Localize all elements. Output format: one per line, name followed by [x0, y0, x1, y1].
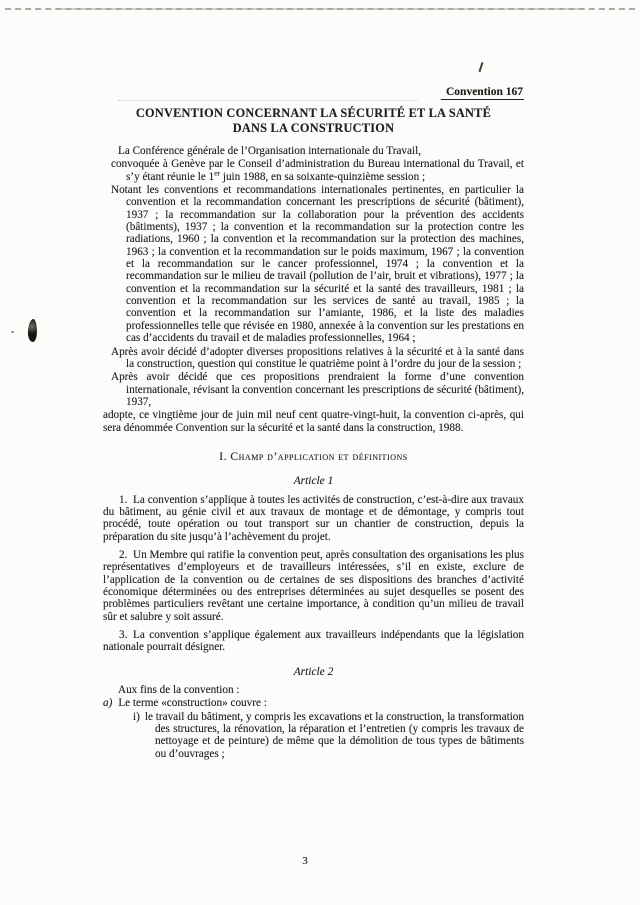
document-content: Convention 167 CONVENTION CONCERNANT LA …	[103, 86, 524, 760]
article2-item-i: i)le travail du bâtiment, y compris les …	[103, 711, 524, 760]
item-a-text: Le terme «construction» couvre :	[118, 697, 267, 709]
ink-blot-artifact	[28, 319, 38, 342]
article2-intro: Aux fins de la convention :	[103, 684, 524, 696]
preamble-convened: convoquée à Genève par le Conseil d’admi…	[103, 158, 524, 183]
convention-number-text: Convention 167	[441, 86, 524, 100]
article1-heading: Article 1	[103, 475, 524, 487]
scan-line-artifact-2	[60, 8, 580, 10]
document-title: CONVENTION CONCERNANT LA SÉCURITÉ ET LA …	[103, 106, 524, 136]
article2-heading: Article 2	[103, 666, 524, 678]
preamble-opening: La Conférence générale de l’Organisation…	[103, 145, 524, 157]
preamble-decided-adopt: Après avoir décidé d’adopter diverses pr…	[103, 346, 524, 371]
page-number: 3	[103, 855, 507, 867]
article1-paragraph-3: 3. La convention s’applique également au…	[103, 629, 524, 654]
ink-dot-artifact	[11, 331, 14, 333]
item-i-label: i)	[133, 711, 140, 723]
preamble-convened-post: juin 1988, en sa soixante-quinzième sess…	[220, 171, 425, 183]
part1-heading: I. Champ d’application et définitions	[103, 451, 524, 463]
item-i-text: le travail du bâtiment, y compris les ex…	[145, 711, 524, 760]
article1-paragraph-2: 2. Un Membre qui ratifie la convention p…	[103, 549, 524, 623]
article2-item-a: a)Le terme «construction» couvre :	[103, 697, 524, 709]
document-title-line1: CONVENTION CONCERNANT LA SÉCURITÉ ET LA …	[103, 106, 524, 121]
item-a-label: a)	[103, 697, 112, 709]
scan-mark-artifact	[478, 62, 483, 72]
preamble-adopts: adopte, ce vingtième jour de juin mil ne…	[103, 409, 524, 434]
article1-paragraph-1: 1. La convention s’applique à toutes les…	[103, 494, 524, 543]
convention-number-label: Convention 167	[103, 86, 524, 99]
document-page: Convention 167 CONVENTION CONCERNANT LA …	[0, 0, 640, 905]
preamble-decided-form: Après avoir décidé que ces propositions …	[103, 371, 524, 408]
preamble-noting: Notant les conventions et recommandation…	[103, 184, 524, 344]
document-title-line2: DANS LA CONSTRUCTION	[103, 121, 524, 136]
